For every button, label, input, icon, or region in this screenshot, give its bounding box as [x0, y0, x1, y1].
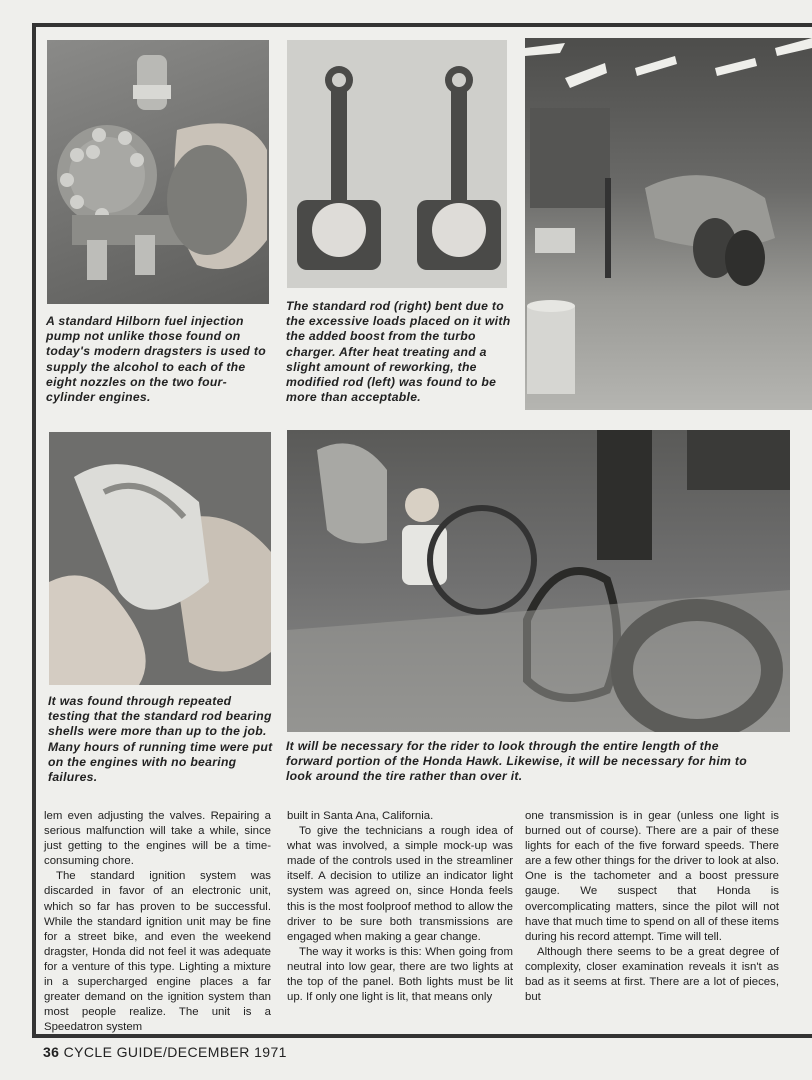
mock-up-illustration	[287, 430, 790, 732]
bearing-shell-illustration	[49, 432, 271, 685]
photo-bearing-shell	[49, 432, 271, 685]
paragraph: To give the technicians a rough idea of …	[287, 824, 513, 945]
fuel-pump-illustration	[47, 40, 269, 304]
photo-workshop	[525, 38, 812, 410]
caption-mock-up-rider: It will be necessary for the rider to lo…	[286, 739, 756, 785]
caption-fuel-pump: A standard Hilborn fuel injection pump n…	[46, 314, 271, 405]
paragraph: one transmission is in gear (unless one …	[525, 809, 779, 945]
paragraph: The way it works is this: When going fro…	[287, 945, 513, 1005]
workshop-illustration	[525, 38, 812, 410]
photo-fuel-injection-pump	[47, 40, 269, 304]
paragraph: built in Santa Ana, California.	[287, 809, 513, 824]
paragraph: Although there seems to be a great degre…	[525, 945, 779, 1005]
connecting-rods-illustration	[287, 40, 507, 288]
page-number: 36	[43, 1044, 59, 1060]
body-column-1: lem even adjusting the valves. Repairing…	[44, 809, 271, 1035]
body-column-3: one transmission is in gear (unless one …	[525, 809, 779, 1005]
body-column-2: built in Santa Ana, California. To give …	[287, 809, 513, 1005]
paragraph: lem even adjusting the valves. Repairing…	[44, 809, 271, 869]
photo-mock-up-rider	[287, 430, 790, 732]
page-folio: 36 CYCLE GUIDE/DECEMBER 1971	[43, 1044, 287, 1060]
publication-line: CYCLE GUIDE/DECEMBER 1971	[64, 1044, 287, 1060]
caption-connecting-rods: The standard rod (right) bent due to the…	[286, 299, 512, 405]
photo-connecting-rods	[287, 40, 507, 288]
paragraph: The standard ignition system was discard…	[44, 869, 271, 1035]
caption-bearing-shell: It was found through repeated testing th…	[48, 694, 273, 785]
